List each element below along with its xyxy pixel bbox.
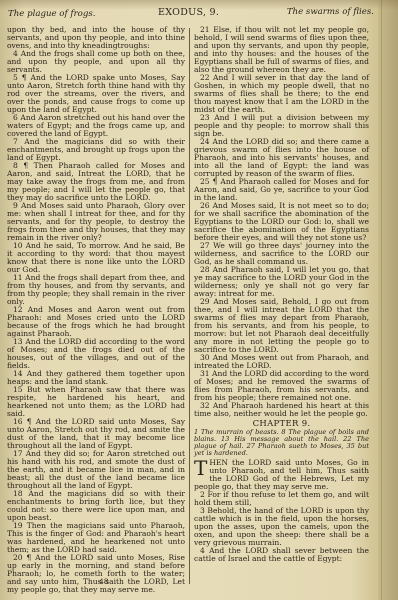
page-edge-line	[381, 0, 382, 600]
verse: 29 And Moses said, Behold, I go out from…	[194, 298, 369, 354]
verse: 18 And the magicians did so with their e…	[7, 490, 185, 522]
header-book-chapter: EXODUS, 9.	[158, 7, 219, 18]
verse: 19 Then the magicians said unto Pharaoh,…	[7, 522, 185, 554]
verse: 21 Else, if thou wilt not let my people …	[194, 26, 369, 74]
verse: 30 And Moses went out from Pharaoh, and …	[194, 354, 369, 370]
chapter-first-verse: THEN the LORD said unto Moses, Go in unt…	[194, 459, 369, 491]
verse: 27 We will go three days' journey into t…	[194, 242, 369, 266]
verse: 11 And the frogs shall depart from thee,…	[7, 274, 185, 306]
verse: 7 And the magicians did so with their en…	[7, 138, 185, 162]
verse: 14 And they gathered them together upon …	[7, 370, 185, 386]
verse: 16 ¶ And the LORD said unto Moses, Say u…	[7, 418, 185, 450]
chapter-summary: 1 The murrain of beasts. 8 The plague of…	[194, 429, 369, 457]
left-column: upon thy bed, and into the house of thy …	[7, 26, 185, 594]
verse: 3 Behold, the hand of the LORD is upon t…	[194, 507, 369, 547]
column-divider	[189, 28, 190, 584]
verse: 17 And they did so; for Aaron stretched …	[7, 450, 185, 490]
verse: 10 And he said, To morrow. And he said, …	[7, 242, 185, 274]
right-column: 21 Else, if thou wilt not let my people …	[194, 26, 369, 563]
verse: upon thy bed, and into the house of thy …	[7, 26, 185, 50]
verse: 28 And Pharaoh said, I will let you go, …	[194, 266, 369, 298]
first-verse-text: HEN the LORD said unto Moses, Go in unto…	[194, 458, 369, 491]
running-header: The plague of frogs. EXODUS, 9. The swar…	[6, 5, 374, 19]
verse: 12 And Moses and Aaron went out from Pha…	[7, 306, 185, 338]
header-left-title: The plague of frogs.	[8, 9, 96, 19]
verse: 2 For if thou refuse to let them go, and…	[194, 491, 369, 507]
verse: 5 ¶ And the LORD spake unto Moses, Say u…	[7, 74, 185, 114]
verse: 20 ¶ And the LORD said unto Moses, Rise …	[7, 554, 185, 594]
verse: 6 And Aaron stretched out his hand over …	[7, 114, 185, 138]
verse: 15 But when Pharaoh saw that there was r…	[7, 386, 185, 418]
verse: 23 And I will put a division between my …	[194, 114, 369, 138]
header-right-title: The swarms of flies.	[287, 7, 374, 17]
verse: 9 And Moses said unto Pharaoh, Glory ove…	[7, 202, 185, 242]
verse: 26 And Moses said, It is not meet so to …	[194, 202, 369, 242]
verse: 13 And the LORD did according to the wor…	[7, 338, 185, 370]
drop-cap: T	[194, 460, 207, 477]
verse: 4 And the frogs shall come up both on th…	[7, 50, 185, 74]
verse: 32 And Pharaoh hardened his heart at thi…	[194, 402, 369, 418]
chapter-heading: CHAPTER 9.	[194, 420, 369, 428]
page-number: 48	[99, 577, 109, 586]
verse: 22 And I will sever in that day the land…	[194, 74, 369, 114]
verse: 4 And the LORD shall sever between the c…	[194, 547, 369, 563]
verse: 25 ¶ And Pharaoh called for Moses and fo…	[194, 178, 369, 202]
verse: 24 And the LORD did so; and there came a…	[194, 138, 369, 178]
verse: 8 ¶ Then Pharaoh called for Moses and Aa…	[7, 162, 185, 202]
verse: 31 And the LORD did according to the wor…	[194, 370, 369, 402]
